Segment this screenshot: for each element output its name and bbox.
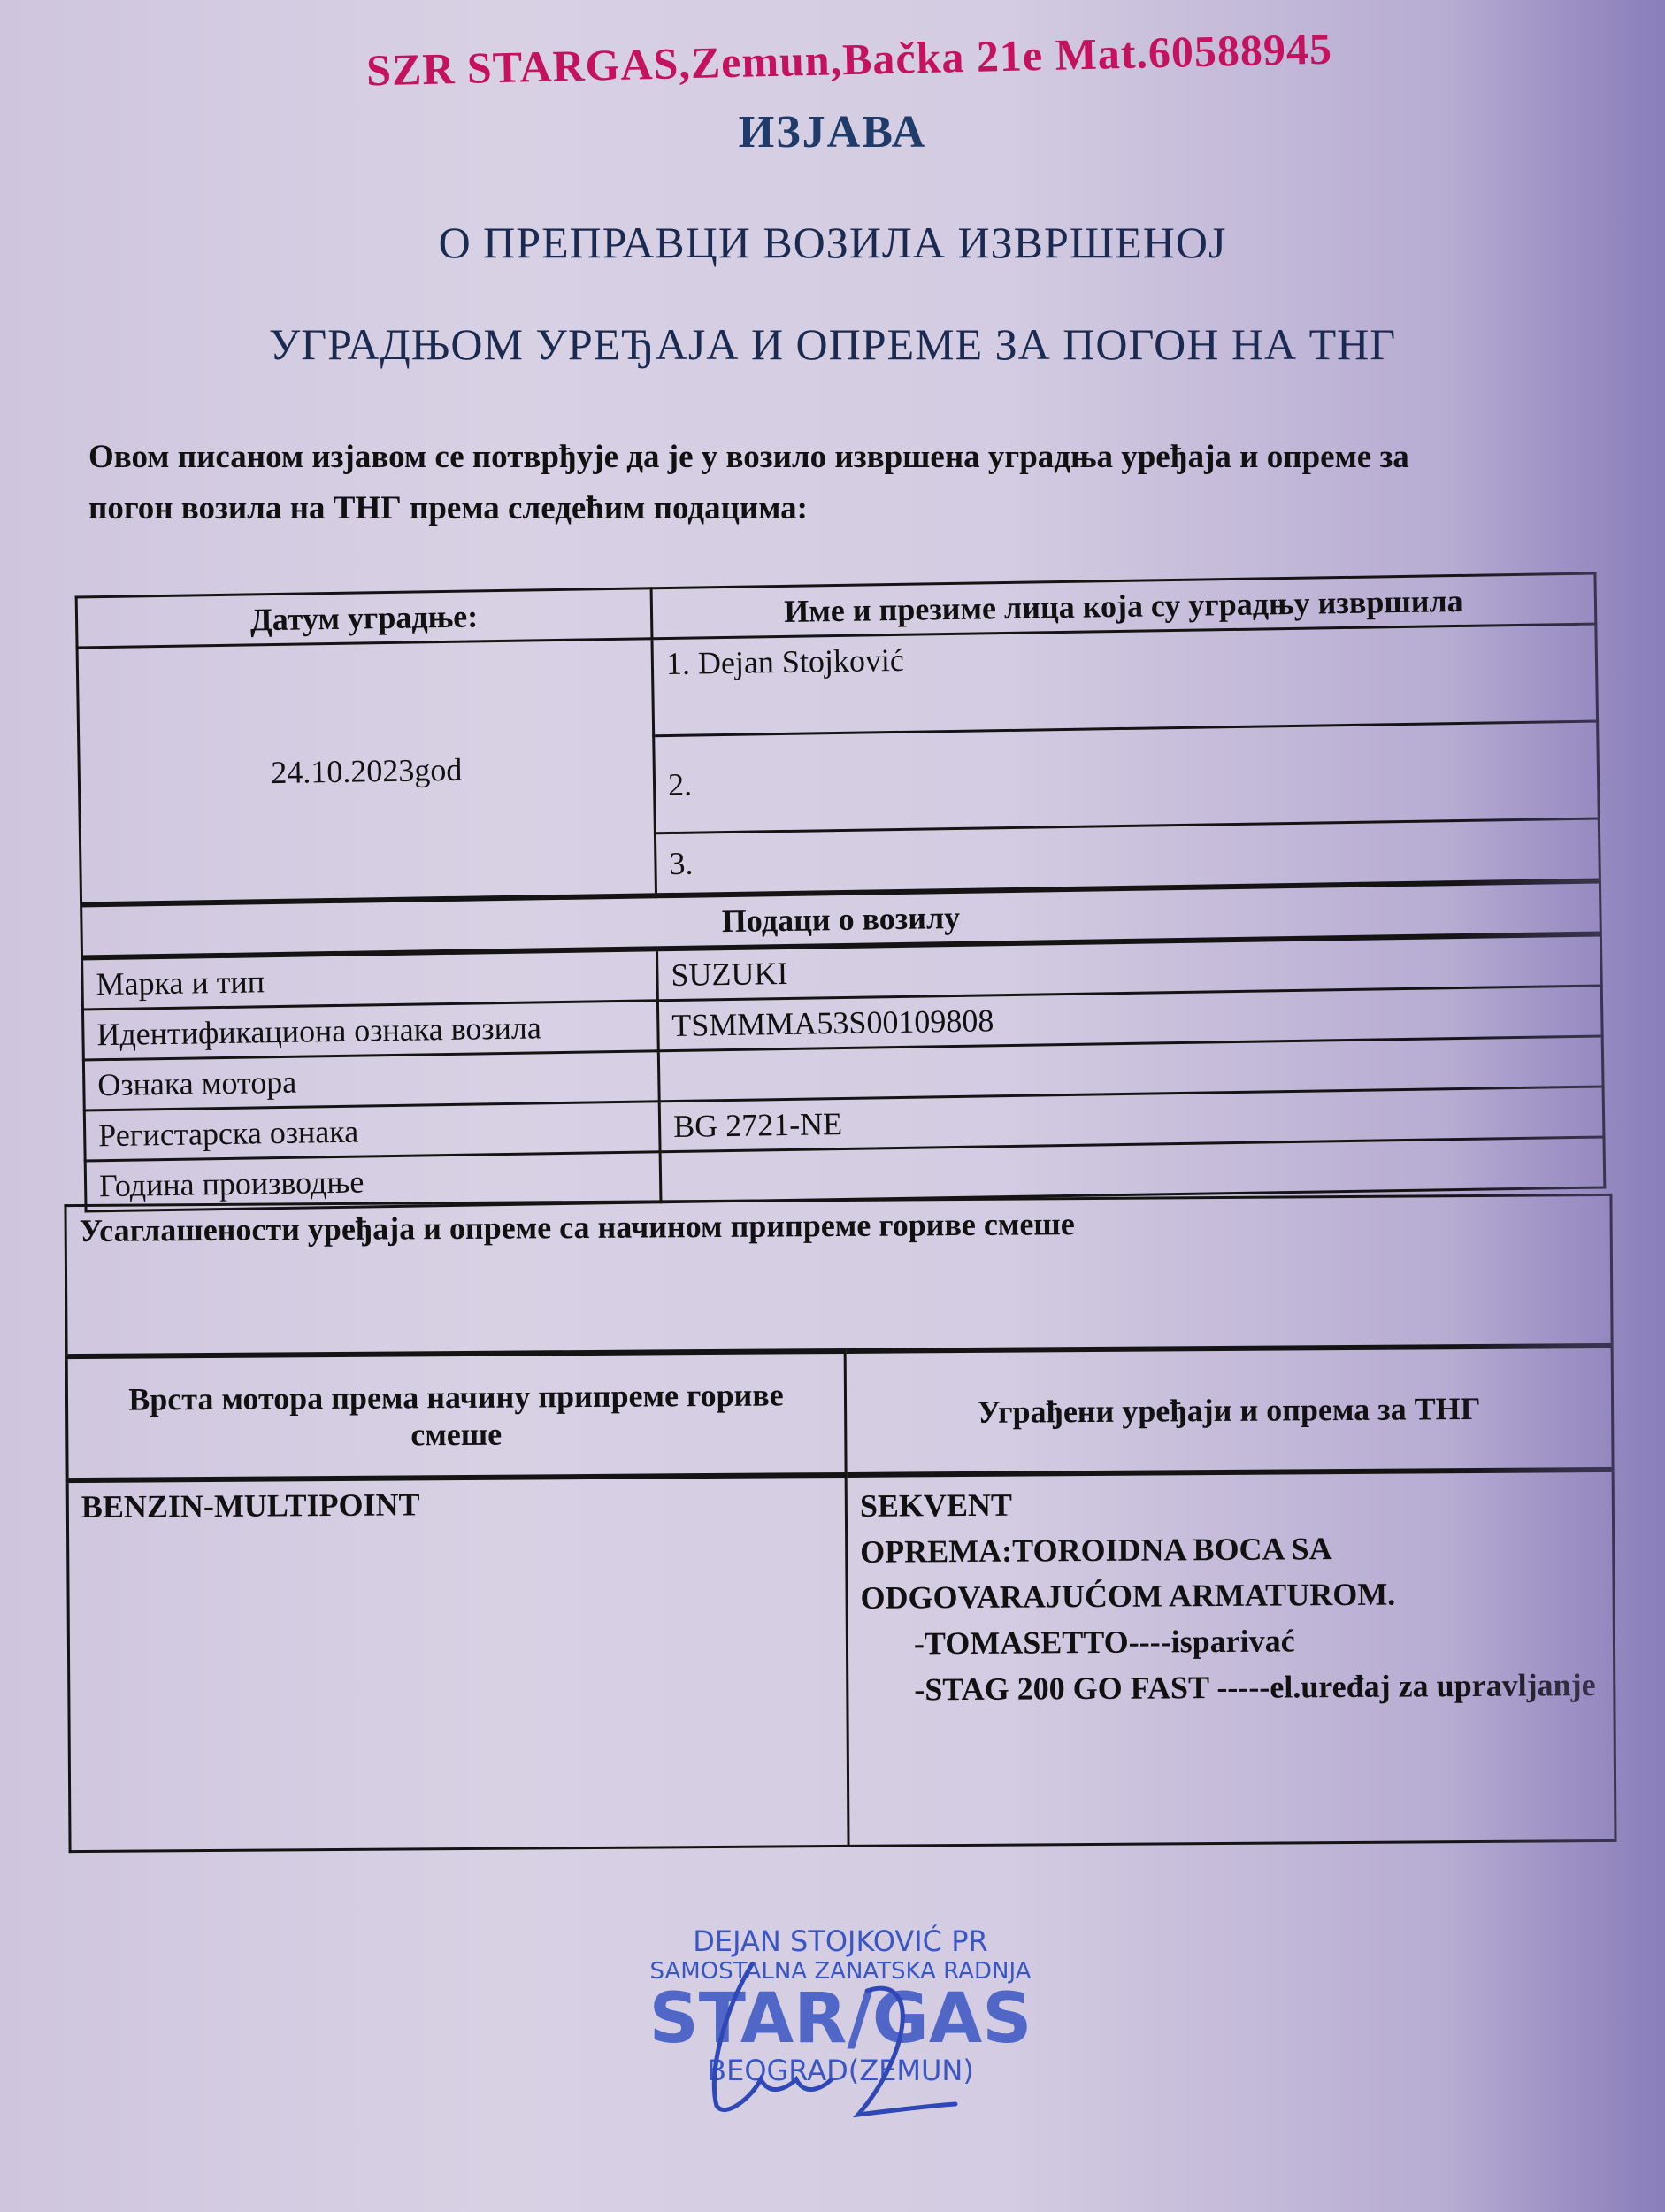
stamp-line-3: STAR/GAS bbox=[610, 1985, 1070, 2054]
equipment-line-4: -STAG 200 GO FAST -----el.uređaj za upra… bbox=[861, 1662, 1600, 1713]
engine-type-value: BENZIN-MULTIPOINT bbox=[67, 1474, 848, 1851]
installer-1: 1. Dejan Stojković bbox=[652, 624, 1598, 736]
company-header: SZR STARGAS,Zemun,Bačka 21e Mat.60588945 bbox=[221, 19, 1478, 99]
installation-vehicle-table: Датум уградње: Име и презиме лица која с… bbox=[75, 572, 1607, 1212]
vehicle-label-registration: Регистарска ознака bbox=[84, 1101, 660, 1160]
engine-type-header: Врста мотора према начину припреме горив… bbox=[66, 1350, 846, 1479]
equipment-line-3: -TOMASETTO----isparivać bbox=[861, 1616, 1600, 1667]
equipment-line-1: SEKVENT bbox=[860, 1478, 1600, 1529]
document-subtitle-line2: УГРАДЊОМ УРЕЂАЈА И ОПРЕМЕ ЗА ПОГОН НА ТН… bbox=[0, 319, 1665, 370]
equipment-list: SEKVENT OPREMA:TOROIDNA BOCA SA ODGOVARA… bbox=[846, 1469, 1615, 1846]
intro-paragraph: Овом писаном изјавом се потврђује да је … bbox=[88, 432, 1469, 534]
vehicle-label-vin: Идентификациона ознака возила bbox=[82, 1000, 658, 1059]
equipment-header: Уграђени уређаји и опрема за ТНГ bbox=[845, 1345, 1613, 1474]
company-stamp: DEJAN STOJKOVIĆ PR SAMOSTALNA ZANATSKA R… bbox=[610, 1924, 1070, 2087]
compliance-table: Усаглашености уређаја и опреме са начино… bbox=[64, 1194, 1616, 1853]
installation-date: 24.10.2023god bbox=[77, 639, 656, 904]
vehicle-label-engine: Ознака мотора bbox=[83, 1050, 659, 1110]
document-subtitle-line1: О ПРЕПРАВЦИ ВОЗИЛА ИЗВРШЕНОЈ bbox=[0, 217, 1665, 268]
equipment-line-2: OPREMA:TOROIDNA BOCA SA ODGOVARAJUĆOM AR… bbox=[860, 1524, 1600, 1621]
date-label: Датум уградње: bbox=[76, 588, 652, 648]
compliance-title: Усаглашености уређаја и опреме са начино… bbox=[65, 1194, 1612, 1356]
vehicle-label-make: Марка и тип bbox=[82, 949, 658, 1010]
installer-2: 2. bbox=[654, 721, 1600, 833]
document-page: SZR STARGAS,Zemun,Bačka 21e Mat.60588945… bbox=[0, 0, 1665, 2212]
document-title: ИЗЈАВА bbox=[0, 106, 1665, 158]
stamp-line-1: DEJAN STOJKOVIĆ PR bbox=[610, 1924, 1070, 1958]
